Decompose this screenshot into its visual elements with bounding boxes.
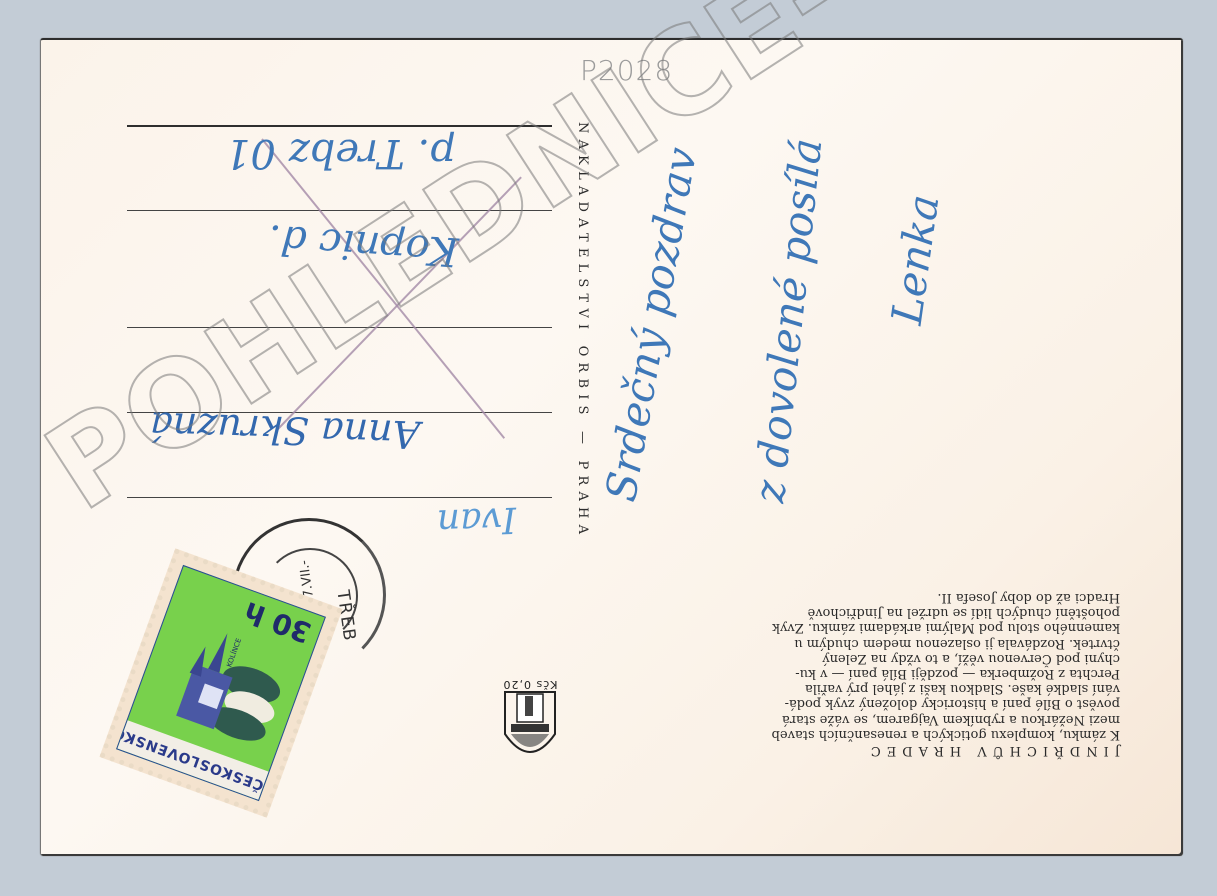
description-line: mezi Nežárkou a rybníkem Vajgarem, se vá… [622,712,1120,727]
charity-mark: Kčs 0,20 [487,676,573,774]
description-line: kamenného stolu pod Malými arkádami zámk… [622,620,1120,635]
printed-description: JINDŘICHŮV HRADEC K zámku, komplexu goti… [622,590,1120,758]
description-line: pohoštění chudých lidí se udržel na Jind… [622,605,1120,620]
description-line: pověst o Bílé paní a historicky doložený… [622,696,1120,711]
address-handwriting: Ivan [436,499,517,543]
address-line-5 [127,497,552,498]
description-line: vání sladké kaše. Sladkou kaši z jáhel p… [622,681,1120,696]
description-title: JINDŘICHŮV HRADEC [622,743,1120,758]
description-line: chyni pod Červenou věží, a to vždy na Ze… [622,651,1120,666]
charity-price: Kčs 0,20 [487,678,573,691]
description-line: Hradci až do doby Josefa II. [622,590,1120,605]
description-line: čtvrtek. Rozdávala ji oslazenou medem ch… [622,636,1120,651]
description-line: K zámku, komplexu gotických a renesanční… [622,727,1120,742]
description-line: Perchta z Rožmberka — později Bílá paní … [622,666,1120,681]
